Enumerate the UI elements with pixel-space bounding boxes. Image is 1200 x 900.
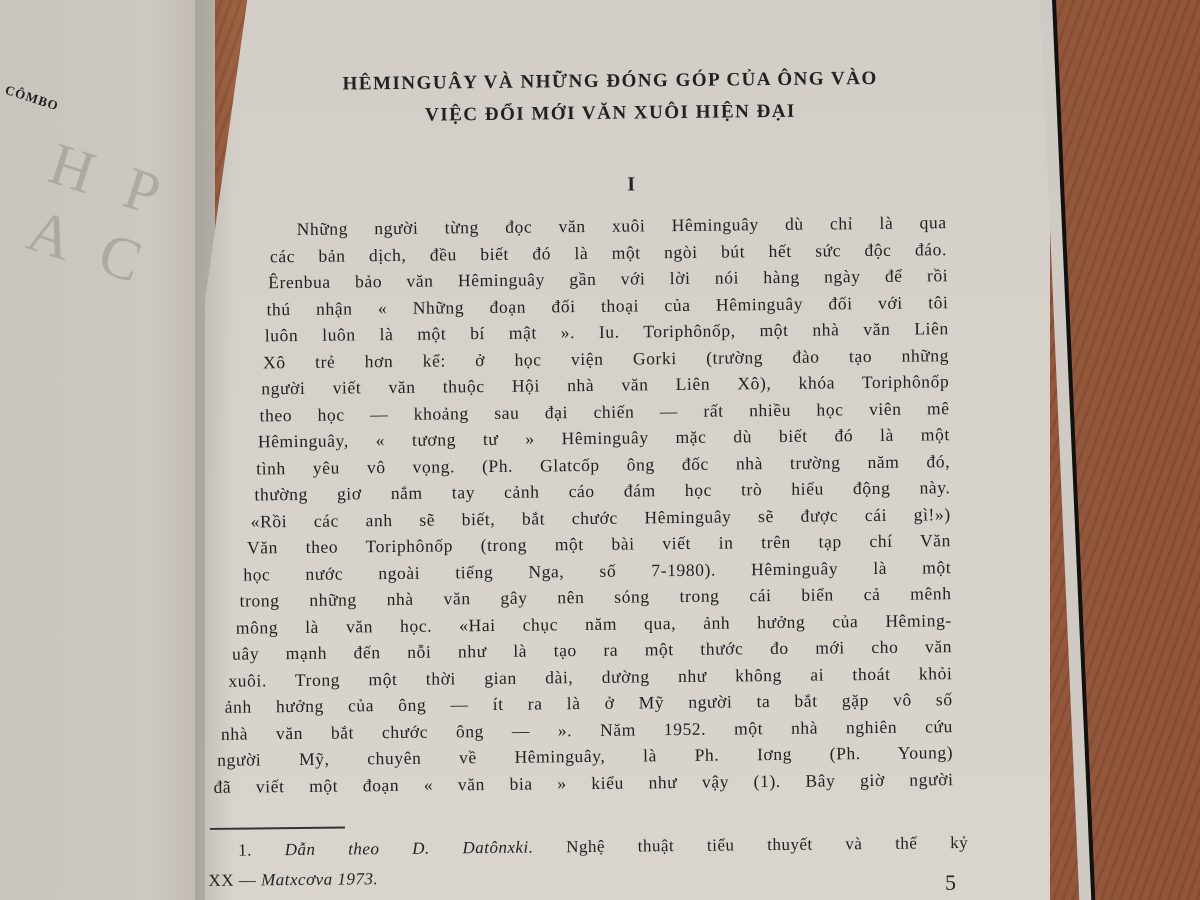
section-number: I [291,170,971,200]
footnote-number: 1. [238,840,252,859]
footnote-publisher: Matxcơva 1973. [261,869,378,889]
footnote-title: Nghệ thuật tiểu thuyết và thế kỷ [533,833,968,857]
left-page-text-fragment: CÔMBO [3,82,61,114]
footnote-author: Dẫn theo D. Datônxki. [285,838,534,860]
page-number: 5 [945,870,956,896]
footnote: 1. Dẫn theo D. Datônxki. Nghệ thuật tiểu… [208,828,979,896]
chapter-title: HÊMINGUÂY VÀ NHỮNG ĐÓNG GÓP CỦA ÔNG VÀO … [260,62,961,133]
left-book-page: H PA C CÔMBO [0,0,215,900]
bleed-through-text: H PA C [25,128,214,292]
footnote-title-cont: XX — [208,870,261,890]
page-content: HÊMINGUÂY VÀ NHỮNG ĐÓNG GÓP CỦA ÔNG VÀO … [200,62,979,900]
body-paragraph: Những người từng đọc văn xuôi Hêminguây … [202,209,978,800]
footnote-divider [210,827,345,830]
